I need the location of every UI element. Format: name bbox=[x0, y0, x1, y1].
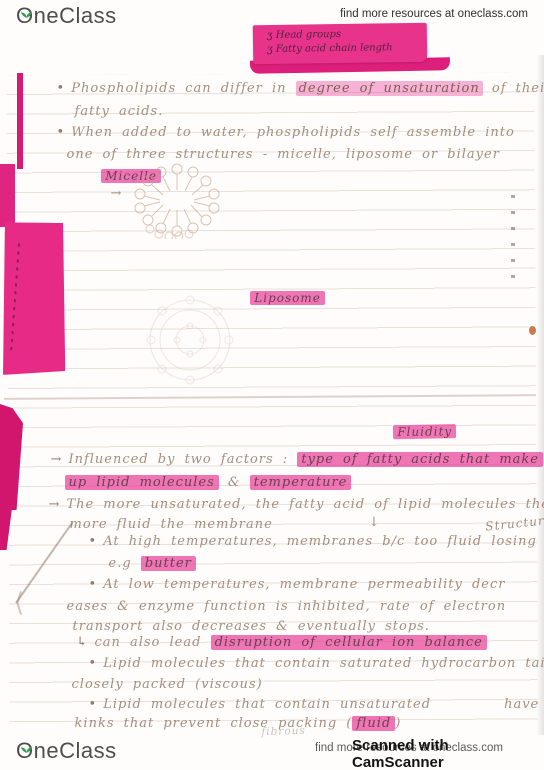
sticky-note-line: ʒ Fatty acid chain length bbox=[253, 41, 427, 57]
micelle-sketch bbox=[122, 163, 232, 239]
sprout-icon bbox=[21, 0, 32, 24]
vertical-scribble bbox=[10, 243, 20, 355]
note-text: kinks that prevent close packing ( bbox=[75, 716, 353, 731]
highlighted-text: fluid bbox=[352, 716, 395, 731]
header-tagline-link[interactable]: find more resources at oneclass.com bbox=[340, 8, 528, 20]
note-text: of their bbox=[483, 81, 544, 96]
oneclass-logo: OneClass bbox=[16, 3, 117, 29]
micelle-inner-arc bbox=[146, 225, 193, 239]
arrow-right-icon: → bbox=[74, 171, 122, 216]
stain-dot bbox=[529, 326, 536, 335]
ink-bleed-marks bbox=[511, 195, 515, 280]
note-text: ) bbox=[395, 716, 401, 731]
camscanner-watermark: Scanned with CamScanner bbox=[352, 737, 544, 770]
highlighted-text: degree of unsaturation bbox=[296, 81, 483, 96]
pink-tab-block bbox=[0, 164, 15, 227]
page-edge-shadow bbox=[536, 55, 544, 735]
oneclass-logo-footer: OneClass bbox=[16, 738, 117, 764]
sticky-note-top: ʒ Head groups ʒ Fatty acid chain length bbox=[253, 23, 428, 64]
liposome-sketch bbox=[133, 293, 248, 388]
sticky-note-left bbox=[0, 221, 71, 377]
sprout-icon bbox=[21, 733, 32, 759]
scanned-notes-page: OneClass find more resources at oneclass… bbox=[0, 0, 544, 770]
angle-mark-icon: ⟨ bbox=[14, 588, 24, 618]
fibrous-annotation: fibrous bbox=[227, 713, 306, 752]
